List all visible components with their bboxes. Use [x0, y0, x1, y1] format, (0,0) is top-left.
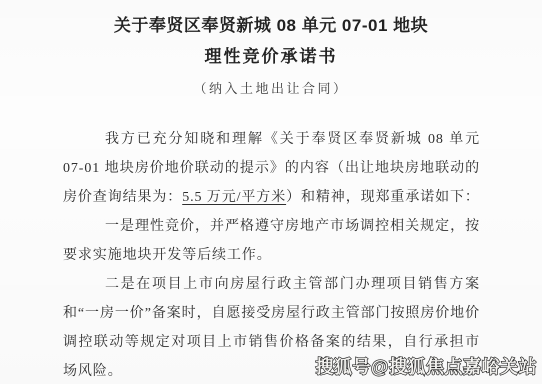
- document-subtitle-contract-note: （纳入土地出让合同）: [0, 78, 542, 97]
- document-body: 我方已充分知晓和理解《关于奉贤区奉贤新城 08 单元 07-01 地块房价地价联…: [63, 125, 480, 384]
- document-title-block: 关于奉贤区奉贤新城 08 单元 07-01 地块 理性竞价承诺书: [0, 0, 542, 69]
- paragraph-point-1-rational-bidding: 一是理性竞价，并严格遵守房地产市场调控相关规定，按要求实施地块开发等后续工作。: [63, 212, 480, 270]
- paragraph-commitment-intro: 我方已充分知晓和理解《关于奉贤区奉贤新城 08 单元 07-01 地块房价地价联…: [63, 125, 480, 212]
- document-title-line-1: 关于奉贤区奉贤新城 08 单元 07-01 地块: [0, 14, 542, 38]
- intro-text-after-price: ）和精神，现郑重承诺如下：: [286, 190, 480, 205]
- sohu-account-watermark: 搜狐号@搜狐焦点嘉峪关站: [315, 353, 537, 379]
- document-title-line-2: 理性竞价承诺书: [0, 45, 542, 69]
- price-query-result-underlined: 5.5 万元/平方米: [182, 190, 286, 205]
- scanned-document-page: 关于奉贤区奉贤新城 08 单元 07-01 地块 理性竞价承诺书 （纳入土地出让…: [0, 0, 542, 384]
